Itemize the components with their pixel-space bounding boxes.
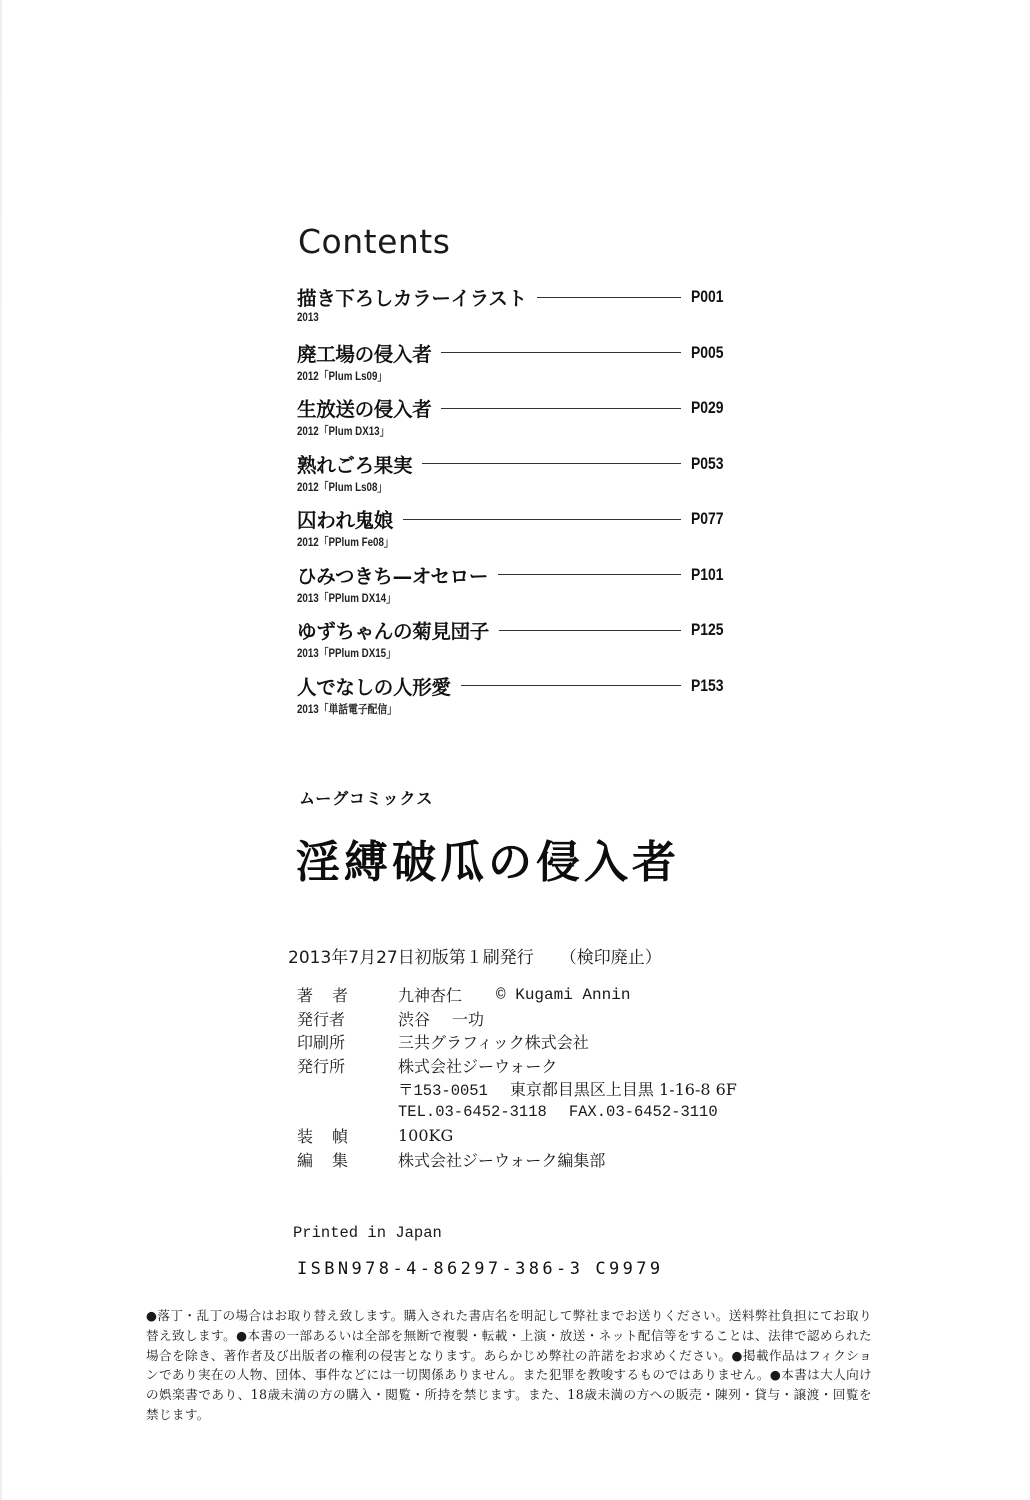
publisher-person-family: 渋谷 (398, 1007, 430, 1030)
toc-entry: 熟れごろ果実 P053 2012「Plum Ls08」 (297, 449, 737, 505)
table-of-contents: 描き下ろしカラーイラスト P001 2013 廃工場の侵入者 P005 2012… (297, 282, 737, 726)
colophon-row-editor: 編集 株式会社ジーウォーク編集部 (297, 1148, 737, 1172)
book-title: 淫縛破瓜の侵入者 (296, 826, 680, 890)
toc-leader-line (441, 408, 681, 409)
colophon-row-author: 著者 九神杏仁 © Kugami Annin (297, 983, 737, 1007)
toc-entry-page: P125 (691, 620, 729, 640)
toc-leader-line (422, 463, 681, 464)
toc-leader-line (499, 630, 681, 631)
imprint-label: ムーグコミックス (299, 786, 433, 809)
colophon-label: 装幀 (297, 1124, 398, 1147)
toc-entry-title: 人でなしの人形愛 (297, 672, 451, 700)
colophon-label: 印刷所 (297, 1030, 398, 1053)
page-edge-shadow (0, 0, 2, 1500)
toc-entry-source: 2013「PPlum DX14」 (297, 590, 671, 606)
editor-name: 株式会社ジーウォーク編集部 (398, 1148, 605, 1171)
copyright-notice: © Kugami Annin (496, 986, 630, 1004)
colophon-label: 発行所 (297, 1054, 398, 1077)
toc-entry-source: 2012「PPlum Fe08」 (297, 534, 671, 550)
edition-date: 2013年7月27日初版第１刷発行 (288, 948, 534, 968)
toc-entry-source: 2012「Plum Ls08」 (297, 479, 671, 495)
toc-entry-page: P029 (691, 398, 729, 418)
colophon-label: 発行者 (297, 1007, 398, 1030)
toc-entry-title: 廃工場の侵入者 (297, 339, 431, 367)
toc-entry: 描き下ろしカラーイラスト P001 2013 (297, 282, 737, 338)
colophon-row-design: 装幀 100KG (297, 1124, 737, 1148)
publisher-person-given: 一功 (452, 1007, 484, 1030)
toc-entry-page: P153 (691, 676, 729, 696)
toc-entry-source: 2013「PPlum DX15」 (297, 645, 671, 661)
toc-entry: 囚われ鬼娘 P077 2012「PPlum Fe08」 (297, 504, 737, 560)
toc-leader-line (498, 574, 681, 575)
isbn-line: ISBN978-4-86297-386-3C9979 (297, 1259, 664, 1279)
contents-heading: Contents (298, 222, 450, 261)
edition-line: 2013年7月27日初版第１刷発行（検印廃止） (288, 943, 662, 968)
publisher-address: 東京都目黒区上目黒 1-16-8 6F (510, 1077, 737, 1100)
toc-entry-title: 描き下ろしカラーイラスト (297, 283, 527, 311)
toc-entry-title: ゆずちゃんの菊見団子 (297, 616, 489, 644)
printed-in-label: Printed in Japan (293, 1224, 442, 1242)
toc-entry-title: 囚われ鬼娘 (297, 505, 393, 533)
toc-entry-source: 2012「Plum Ls09」 (297, 368, 671, 384)
colophon-row-publisher: 発行所 株式会社ジーウォーク (297, 1054, 737, 1078)
toc-entry: 廃工場の侵入者 P005 2012「Plum Ls09」 (297, 338, 737, 394)
toc-entry-page: P005 (691, 343, 729, 363)
colophon-row-contact: TEL.03-6452-3118 FAX.03-6452-3110 (297, 1101, 737, 1125)
toc-entry-title: 生放送の侵入者 (297, 394, 431, 422)
toc-entry-page: P053 (691, 454, 729, 474)
telephone-number: TEL.03-6452-3118 (398, 1103, 547, 1121)
toc-leader-line (461, 685, 681, 686)
colophon-row-publisher-person: 発行者 渋谷 一功 (297, 1007, 737, 1031)
toc-entry-page: P077 (691, 509, 729, 529)
colophon: 著者 九神杏仁 © Kugami Annin 発行者 渋谷 一功 印刷所 三共グ… (297, 983, 737, 1171)
toc-entry: ひみつきち—オセロー P101 2013「PPlum DX14」 (297, 560, 737, 616)
fax-number: FAX.03-6452-3110 (569, 1103, 718, 1121)
toc-entry-source: 2013 (297, 312, 671, 324)
printer-name: 三共グラフィック株式会社 (398, 1030, 589, 1053)
legal-notice: ●落丁・乱丁の場合はお取り替え致します。購入された書店名を明記して弊社までお送り… (146, 1306, 872, 1425)
toc-leader-line (441, 352, 681, 353)
designer-name: 100KG (398, 1126, 453, 1145)
toc-entry: ゆずちゃんの菊見団子 P125 2013「PPlum DX15」 (297, 615, 737, 671)
toc-entry: 人でなしの人形愛 P153 2013「単話電子配信」 (297, 671, 737, 727)
toc-entry-title: ひみつきち—オセロー (297, 561, 488, 589)
publisher-name: 株式会社ジーウォーク (398, 1054, 557, 1077)
colophon-row-printer: 印刷所 三共グラフィック株式会社 (297, 1030, 737, 1054)
c-code: C9979 (595, 1259, 663, 1279)
toc-entry: 生放送の侵入者 P029 2012「Plum DX13」 (297, 393, 737, 449)
postal-code: 〒153-0051 (398, 1078, 488, 1100)
author-name: 九神杏仁 (398, 983, 462, 1006)
toc-entry-title: 熟れごろ果実 (297, 450, 412, 478)
toc-leader-line (537, 297, 681, 298)
colophon-label: 著者 (297, 983, 398, 1006)
colophon-label: 編集 (297, 1148, 398, 1171)
toc-entry-source: 2012「Plum DX13」 (297, 423, 671, 439)
stamp-note: （検印廃止） (560, 948, 662, 968)
toc-leader-line (403, 519, 681, 520)
colophon-row-address: 〒153-0051 東京都目黒区上目黒 1-16-8 6F (297, 1077, 737, 1101)
toc-entry-source: 2013「単話電子配信」 (297, 701, 671, 717)
toc-entry-page: P101 (691, 565, 729, 585)
isbn-number: ISBN978-4-86297-386-3 (297, 1259, 583, 1279)
toc-entry-page: P001 (691, 287, 729, 307)
